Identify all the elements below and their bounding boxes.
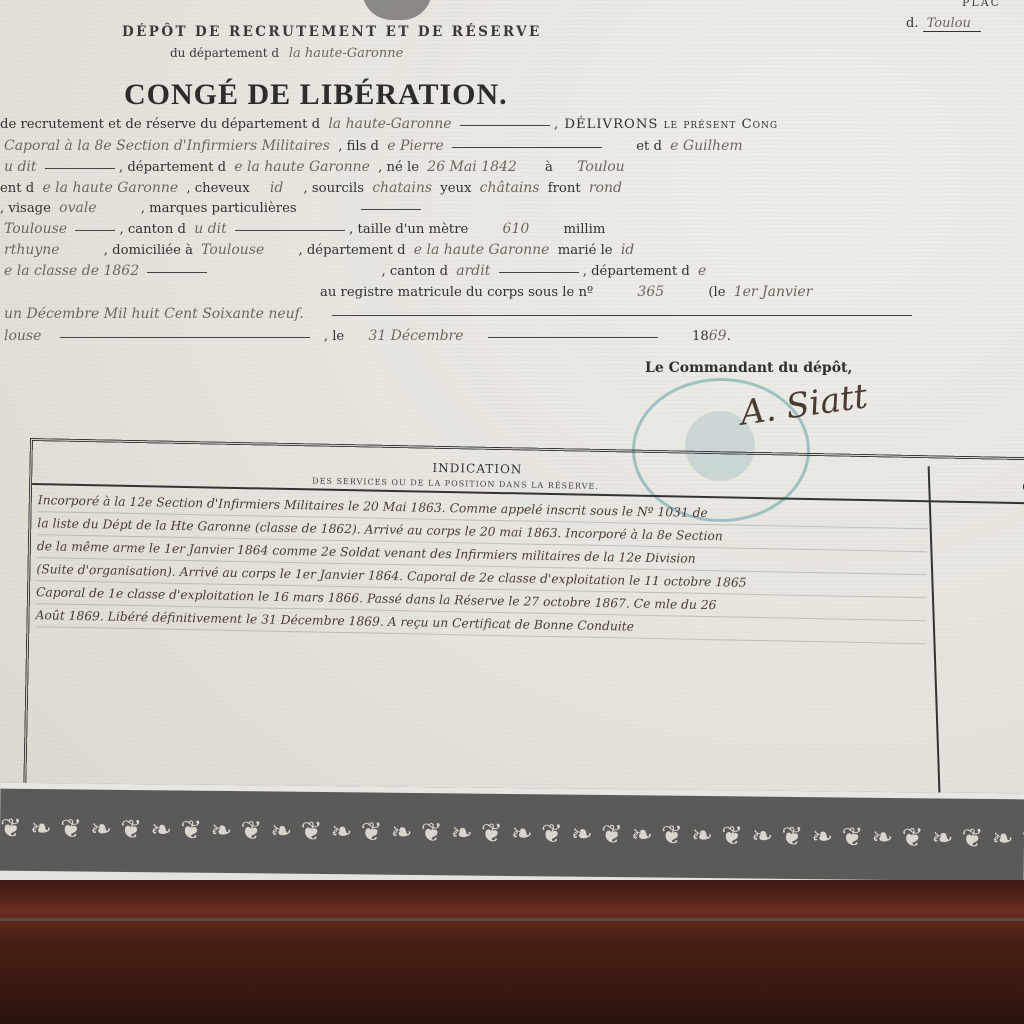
depot-subtitle: du département d la haute-Garonne [170,46,403,61]
place-value: Toulou [923,16,981,32]
handwritten-text: 26 Mai 1842 [427,159,517,175]
printed-text: millim [563,222,605,237]
handwritten-text: e la haute Garonne [42,180,178,196]
printed-text: , cheveux [186,181,249,196]
place-line: d. Toulou [906,16,981,31]
printed-text: , visage [0,201,51,216]
printed-text: (le [708,285,725,300]
commandant-label: Le Commandant du dépôt, [645,360,852,376]
form-line-9: au registre matricule du corps sous le n… [320,284,816,300]
handwritten-text: chatains [372,180,432,196]
blank-line [147,271,207,273]
services-entries: Incorporé à la 12e Section d'Infirmiers … [35,489,927,644]
blank-line [361,208,421,210]
services-header-subtitle: DES SERVICES OU DE LA POSITION DANS LA R… [312,476,599,491]
frame-groove [0,918,1024,921]
handwritten-text: 610 [503,221,530,237]
printed-text: à [545,160,553,175]
printed-text: , DÉLIVRONS le présent Cong [554,117,778,132]
handwritten-text: Toulouse [4,221,67,237]
handwritten-text: e la haute Garonne [414,242,550,258]
handwritten-text: e [698,263,706,279]
wooden-frame [0,880,1024,1024]
form-line-3: u dit , département d e la haute Garonne… [0,159,629,175]
handwritten-text: Caporal à la 8e Section d'Infirmiers Mil… [4,138,330,154]
depot-title: DÉPÔT DE RECRUTEMENT ET DE RÉSERVE [122,24,542,40]
handwritten-text: id [621,242,634,258]
blank-line [60,336,310,338]
form-line-1: de recrutement et de réserve du départem… [0,116,778,132]
form-line-5: , visage ovale , marques particulières [0,200,421,216]
handwritten-text: 365 [637,284,664,300]
handwritten-text: e la haute Garonne [234,159,370,175]
handwritten-text: la haute-Garonne [328,116,451,132]
emblem-icon [362,0,432,20]
depot-sub-value: la haute-Garonne [289,46,403,61]
printed-text: de recrutement et de réserve du départem… [0,117,320,132]
place-prefix: d. [906,16,918,31]
blank-line [235,229,345,231]
form-line-10: un Décembre Mil huit Cent Soixante neuf. [0,306,912,322]
decorative-leaf-border: ❦ ❧ ❦ ❧ ❦ ❧ ❦ ❧ ❦ ❧ ❦ ❧ ❦ ❧ ❦ ❧ ❦ ❧ ❦ ❧ … [0,783,1024,896]
printed-text: et d [636,139,662,154]
place-label: PLAC [962,0,1001,9]
printed-text: yeux [440,181,471,196]
printed-text: , département d [119,160,226,175]
handwritten-text: 1er Janvier [734,284,813,300]
form-line-4: ent d e la haute Garonne , cheveux id , … [0,180,626,196]
blank-line [75,229,115,231]
column-divider [928,466,941,806]
printed-text: , né le [378,160,419,175]
printed-text: , le [324,329,344,344]
handwritten-text: 69 [709,328,727,344]
depot-sub-label: du département d [170,46,279,60]
handwritten-text: id [270,180,283,196]
printed-text: , fils d [338,139,379,154]
printed-text: , domiciliée à [104,243,193,258]
printed-text: , canton d [120,222,187,237]
printed-text: , canton d [382,264,449,279]
handwritten-text: rthuyne [4,242,60,258]
handwritten-text: 31 Décembre [368,328,463,344]
printed-text: , département d [298,243,405,258]
handwritten-text: ardit [456,263,490,279]
printed-text: , sourcils [304,181,364,196]
handwritten-text: rond [589,180,622,196]
blank-line [460,124,550,126]
printed-text: , département d [583,264,690,279]
handwritten-text: un Décembre Mil huit Cent Soixante neuf. [4,306,304,322]
handwritten-text: louse [4,328,41,344]
printed-text: , marques particulières [141,201,297,216]
printed-text: 18 [692,329,709,344]
services-header-title: INDICATION [432,461,522,477]
handwritten-text: Toulou [577,159,625,175]
blank-line [45,167,115,169]
printed-text: front [548,181,581,196]
handwritten-text: u dit [4,159,37,175]
blank-line [499,271,579,273]
document-title: CONGÉ DE LIBÉRATION. [124,78,508,112]
printed-text: ent d [0,181,34,196]
form-line-8: e la classe de 1862 , canton d ardit , d… [0,263,710,279]
form-line-6: Toulouse , canton d u dit , taille d'un … [0,221,605,237]
blank-line [332,314,912,316]
form-line-11: louse , le 31 Décembre 1869. [0,328,731,344]
handwritten-text: e Guilhem [670,138,742,154]
handwritten-text: Toulouse [201,242,264,258]
form-line-7: rthuyne , domiciliée à Toulouse , départ… [0,242,638,258]
leaf-garland-icon: ❦ ❧ ❦ ❧ ❦ ❧ ❦ ❧ ❦ ❧ ❦ ❧ ❦ ❧ ❦ ❧ ❦ ❧ ❦ ❧ … [0,801,1024,868]
handwritten-text: ovale [59,200,96,216]
printed-text: . [727,329,731,344]
blank-line [488,336,658,338]
form-line-2: Caporal à la 8e Section d'Infirmiers Mil… [0,138,747,154]
handwritten-text: e la classe de 1862 [4,263,139,279]
handwritten-text: e Pierre [387,138,444,154]
services-table: INDICATION DES SERVICES OU DE LA POSITIO… [23,438,1024,810]
handwritten-text: châtains [480,180,540,196]
printed-text: , taille d'un mètre [349,222,468,237]
document-paper: PLAC d. Toulou DÉPÔT DE RECRUTEMENT ET D… [0,0,1024,885]
printed-text: au registre matricule du corps sous le n… [320,285,593,300]
blank-line [452,146,602,148]
printed-text: marié le [558,243,613,258]
handwritten-text: u dit [194,221,227,237]
